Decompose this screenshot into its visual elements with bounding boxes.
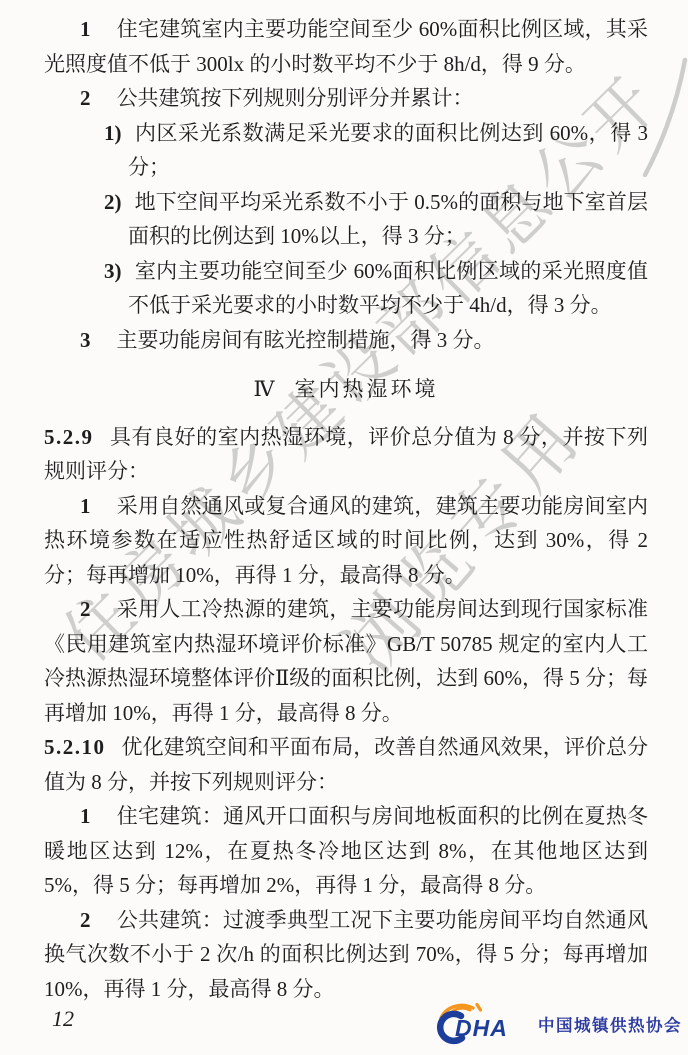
item-paragraph: 2公共建筑：过渡季典型工况下主要功能房间平均自然通风换气次数不小于 2 次/h … bbox=[44, 903, 648, 1007]
item-paragraph: 1住宅建筑室内主要功能空间至少 60%面积比例区域，其采光照度值不低于 300l… bbox=[44, 12, 648, 81]
item-number: 1 bbox=[80, 804, 91, 828]
sub-item-number: 3) bbox=[104, 259, 122, 283]
sub-item-text: 内区采光系数满足采光要求的面积比例达到 60%，得 3 分； bbox=[128, 121, 648, 180]
item-paragraph: 2公共建筑按下列规则分别评分并累计： bbox=[44, 81, 648, 116]
sub-item-paragraph: 2)地下空间平均采光系数不小于 0.5%的面积与地下室首层面积的比例达到 10%… bbox=[44, 185, 648, 254]
dha-logo-icon: DHA bbox=[430, 1001, 534, 1047]
sub-item-paragraph: 1)内区采光系数满足采光要求的面积比例达到 60%，得 3 分； bbox=[44, 116, 648, 185]
clause-paragraph: 5.2.9具有良好的室内热湿环境，评价总分值为 8 分，并按下列规则评分： bbox=[44, 420, 648, 489]
clause-number: 5.2.9 bbox=[44, 425, 94, 449]
item-number: 2 bbox=[80, 86, 91, 110]
item-paragraph: 1住宅建筑：通风开口面积与房间地板面积的比例在夏热冬暖地区达到 12%，在夏热冬… bbox=[44, 799, 648, 903]
section-title: 室内热湿环境 bbox=[294, 377, 438, 401]
item-number: 1 bbox=[80, 17, 91, 41]
sub-item-text: 地下空间平均采光系数不小于 0.5%的面积与地下室首层面积的比例达到 10%以上… bbox=[128, 190, 648, 249]
page-number: 12 bbox=[52, 1006, 74, 1032]
item-text: 住宅建筑：通风开口面积与房间地板面积的比例在夏热冬暖地区达到 12%，在夏热冬冷… bbox=[44, 804, 648, 897]
item-text: 主要功能房间有眩光控制措施，得 3 分。 bbox=[117, 328, 495, 352]
item-text: 公共建筑按下列规则分别评分并累计： bbox=[117, 86, 474, 110]
item-number: 2 bbox=[80, 597, 91, 621]
item-paragraph: 3主要功能房间有眩光控制措施，得 3 分。 bbox=[44, 323, 648, 358]
section-numeral: Ⅳ bbox=[254, 377, 275, 401]
clause-number: 5.2.10 bbox=[44, 735, 106, 759]
sub-item-number: 2) bbox=[104, 190, 122, 214]
clause-text: 优化建筑空间和平面布局，改善自然通风效果，评价总分值为 8 分，并按下列规则评分… bbox=[44, 735, 648, 794]
item-number: 2 bbox=[80, 908, 91, 932]
item-paragraph: 1采用自然通风或复合通风的建筑，建筑主要功能房间室内热环境参数在适应性热舒适区域… bbox=[44, 489, 648, 593]
logo-org-name: 中国城镇供热协会 bbox=[538, 1012, 682, 1036]
sub-item-paragraph: 3)室内主要功能空间至少 60%面积比例区域的采光照度值不低于采光要求的小时数平… bbox=[44, 254, 648, 323]
item-number: 1 bbox=[80, 494, 91, 518]
item-text: 采用自然通风或复合通风的建筑，建筑主要功能房间室内热环境参数在适应性热舒适区域的… bbox=[44, 494, 648, 587]
sub-item-number: 1) bbox=[104, 121, 122, 145]
document-body: 1住宅建筑室内主要功能空间至少 60%面积比例区域，其采光照度值不低于 300l… bbox=[44, 12, 648, 1006]
item-number: 3 bbox=[80, 328, 91, 352]
dha-logo-text: DHA bbox=[455, 1015, 508, 1041]
item-paragraph: 2采用人工冷热源的建筑，主要功能房间达到现行国家标准《民用建筑室内热湿环境评价标… bbox=[44, 592, 648, 730]
clause-paragraph: 5.2.10优化建筑空间和平面布局，改善自然通风效果，评价总分值为 8 分，并按… bbox=[44, 730, 648, 799]
item-text: 采用人工冷热源的建筑，主要功能房间达到现行国家标准《民用建筑室内热湿环境评价标准… bbox=[44, 597, 648, 725]
clause-text: 具有良好的室内热湿环境，评价总分值为 8 分，并按下列规则评分： bbox=[44, 425, 648, 484]
section-heading: Ⅳ室内热湿环境 bbox=[44, 372, 648, 407]
org-logo: DHA 中国城镇供热协会 bbox=[430, 1001, 682, 1047]
item-text: 公共建筑：过渡季典型工况下主要功能房间平均自然通风换气次数不小于 2 次/h 的… bbox=[44, 908, 648, 1001]
item-text: 住宅建筑室内主要功能空间至少 60%面积比例区域，其采光照度值不低于 300lx… bbox=[44, 17, 648, 76]
sub-item-text: 室内主要功能空间至少 60%面积比例区域的采光照度值不低于采光要求的小时数平均不… bbox=[128, 259, 648, 318]
